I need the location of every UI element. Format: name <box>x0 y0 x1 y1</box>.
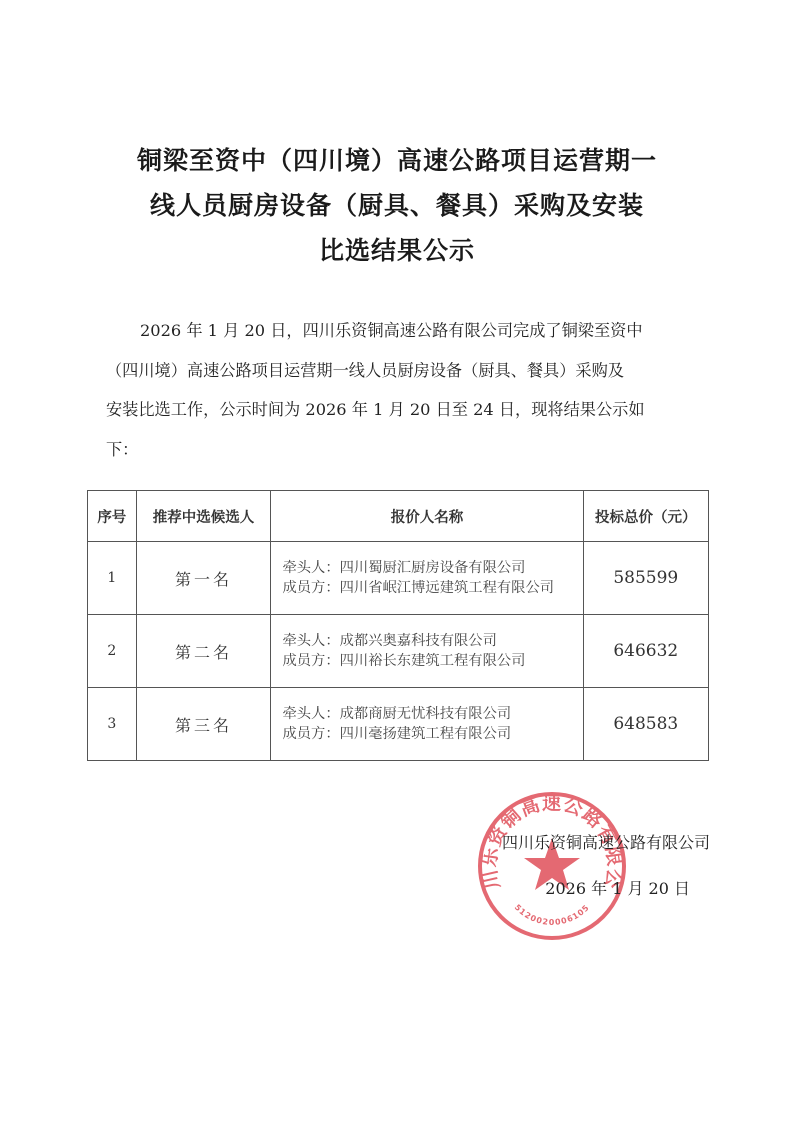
paragraph-line-2: （四川境）高速公路项目运营期一线人员厨房设备（厨具、餐具）采购及 <box>106 351 698 391</box>
svg-text:5120020006105: 5120020006105 <box>513 903 592 927</box>
cell-rank: 第二名 <box>136 615 271 688</box>
header-candidate: 推荐中选候选人 <box>136 491 271 542</box>
paragraph-line-4: 下： <box>106 430 698 470</box>
cell-bidder: 牵头人：成都商厨无忧科技有限公司 成员方：四川毫扬建筑工程有限公司 <box>271 688 583 761</box>
table-row: 2 第二名 牵头人：成都兴奥嘉科技有限公司 成员方：四川裕长东建筑工程有限公司 … <box>88 615 709 688</box>
table-row: 1 第一名 牵头人：四川蜀厨汇厨房设备有限公司 成员方：四川省岷江博远建筑工程有… <box>88 542 709 615</box>
cell-rank: 第三名 <box>136 688 271 761</box>
cell-seq: 3 <box>88 688 137 761</box>
cell-price: 648583 <box>583 688 708 761</box>
lead-bidder: 牵头人：四川蜀厨汇厨房设备有限公司 <box>282 558 582 578</box>
header-bidder-name: 报价人名称 <box>271 491 583 542</box>
company-seal-icon: 四川乐资铜高速公路有限公司 5120020006105 <box>476 790 628 942</box>
paragraph-line-3: 安装比选工作，公示时间为 2026 年 1 月 20 日至 24 日，现将结果公… <box>106 390 698 430</box>
cell-seq: 1 <box>88 542 137 615</box>
title-line-2: 线人员厨房设备（厨具、餐具）采购及安装 <box>0 183 794 228</box>
title-line-3: 比选结果公示 <box>0 228 794 273</box>
document-title: 铜梁至资中（四川境）高速公路项目运营期一 线人员厨房设备（厨具、餐具）采购及安装… <box>0 138 794 273</box>
member-bidder: 成员方：四川裕长东建筑工程有限公司 <box>282 651 582 671</box>
header-seq: 序号 <box>88 491 137 542</box>
cell-bidder: 牵头人：四川蜀厨汇厨房设备有限公司 成员方：四川省岷江博远建筑工程有限公司 <box>271 542 583 615</box>
table-row: 3 第三名 牵头人：成都商厨无忧科技有限公司 成员方：四川毫扬建筑工程有限公司 … <box>88 688 709 761</box>
lead-bidder: 牵头人：成都商厨无忧科技有限公司 <box>282 704 582 724</box>
announcement-paragraph: 2026 年 1 月 20 日，四川乐资铜高速公路有限公司完成了铜梁至资中 （四… <box>106 311 698 469</box>
signature-company: 四川乐资铜高速公路有限公司 <box>420 830 710 853</box>
cell-price: 646632 <box>583 615 708 688</box>
table-header-row: 序号 推荐中选候选人 报价人名称 投标总价（元） <box>88 491 709 542</box>
cell-rank: 第一名 <box>136 542 271 615</box>
header-total-price: 投标总价（元） <box>583 491 708 542</box>
paragraph-line-1: 2026 年 1 月 20 日，四川乐资铜高速公路有限公司完成了铜梁至资中 <box>106 311 698 351</box>
member-bidder: 成员方：四川省岷江博远建筑工程有限公司 <box>282 578 582 598</box>
signature-date: 2026 年 1 月 20 日 <box>545 876 690 899</box>
cell-price: 585599 <box>583 542 708 615</box>
member-bidder: 成员方：四川毫扬建筑工程有限公司 <box>282 724 582 744</box>
cell-seq: 2 <box>88 615 137 688</box>
results-table: 序号 推荐中选候选人 报价人名称 投标总价（元） 1 第一名 牵头人：四川蜀厨汇… <box>87 490 709 761</box>
cell-bidder: 牵头人：成都兴奥嘉科技有限公司 成员方：四川裕长东建筑工程有限公司 <box>271 615 583 688</box>
title-line-1: 铜梁至资中（四川境）高速公路项目运营期一 <box>0 138 794 183</box>
lead-bidder: 牵头人：成都兴奥嘉科技有限公司 <box>282 631 582 651</box>
